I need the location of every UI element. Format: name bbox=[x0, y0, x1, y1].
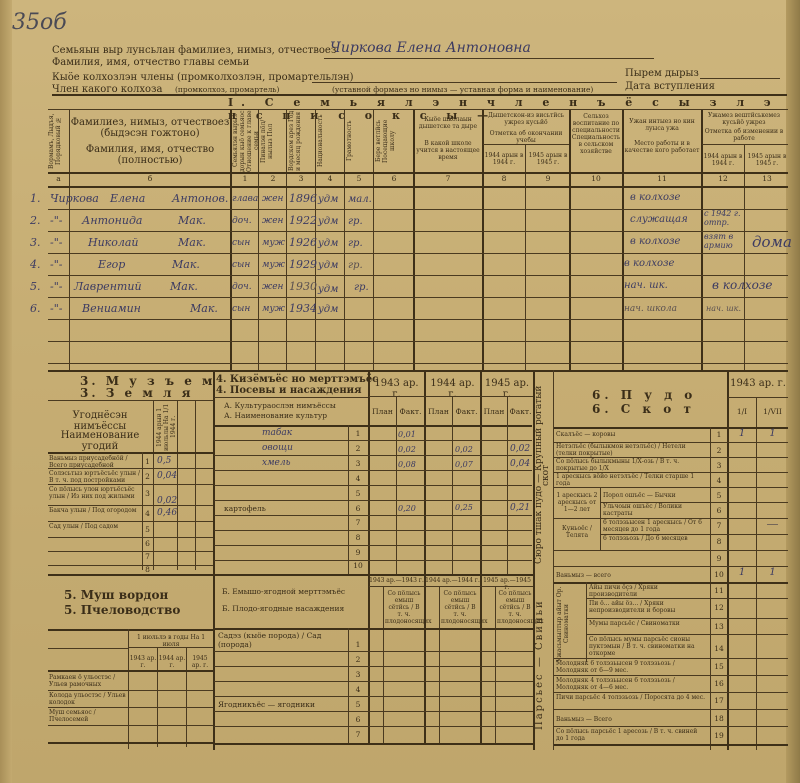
fruit-sub-b: Со пӧлысь емыш сётӥсь / В т. ч. плодонос… bbox=[385, 590, 423, 625]
livestock-row-num: 18 bbox=[711, 715, 727, 724]
livestock-row-label: Пи ӧ... айы ӧз... / Хряки непроизводител… bbox=[589, 600, 707, 614]
fruit-row-label: Ягодникъёс — ягодники bbox=[218, 701, 315, 710]
col-num: 7 bbox=[416, 175, 480, 184]
livestock-val-b: 1 bbox=[757, 567, 788, 578]
fact-label: Факт. bbox=[508, 408, 533, 417]
member-literacy: гр. bbox=[348, 238, 363, 249]
group-calves: Куньоёс / Телята bbox=[556, 525, 598, 539]
col-num: 10 bbox=[571, 175, 621, 184]
member-patronymic: Антонов. bbox=[172, 192, 228, 205]
fact-label: Факт. bbox=[397, 408, 424, 417]
crop-row-num: 10 bbox=[349, 562, 367, 571]
crop-fact-1944: 0,02 bbox=[455, 445, 473, 454]
land-row-num: 4 bbox=[142, 510, 153, 519]
livestock-row-label: Порол ошъёс — Бычки bbox=[603, 492, 708, 499]
col1213-komi: Ужамез вештӥськемез кусьйӧ ужрез bbox=[703, 112, 785, 126]
member-nationality: удм bbox=[318, 304, 338, 315]
livestock-row-label: Мумы парсьёс / Свиноматки bbox=[589, 620, 707, 627]
section6-title-ru: 6. С к о т bbox=[592, 402, 695, 416]
livestock-year: 1943 ар. г. bbox=[728, 378, 788, 389]
member-relation: сын bbox=[232, 238, 250, 248]
crop-row-num: 9 bbox=[349, 549, 367, 558]
crop-row-num: 7 bbox=[349, 519, 367, 528]
land-row-label: Бакча улын / Под огородом bbox=[49, 507, 141, 514]
col-num: 8 bbox=[484, 175, 524, 184]
section3-title-ru: 3. З е м л я bbox=[80, 386, 193, 400]
livestock-row-num: 5 bbox=[711, 492, 727, 501]
group-pigs-label: Ужасьмылтыр айыт Ӧр. Свиноматки bbox=[556, 584, 586, 664]
land-row-label: Солэсьтыз юртъёсъёс улын / В т. ч. под п… bbox=[49, 470, 141, 484]
livestock-row-num: 9 bbox=[711, 555, 727, 564]
col1213-ru: Отметка об изменении в работе bbox=[703, 128, 785, 142]
member-surname: -"- bbox=[50, 280, 63, 293]
member-nationality: удм bbox=[318, 284, 338, 295]
col4-header: Национальность bbox=[317, 110, 343, 172]
fruit-sub-b: Со пӧлысь емыш сётӥсь / В т. ч. плодонос… bbox=[441, 590, 479, 625]
member-work: нач. школа bbox=[624, 304, 677, 314]
member-work: в колхозе bbox=[624, 258, 674, 269]
bee-year-1943: 1943 ар. г. bbox=[129, 655, 157, 669]
member-nationality: удм bbox=[318, 194, 338, 205]
head-value: Чиркова Елена Антоновна bbox=[330, 40, 531, 56]
livestock-row-label: Молодняк 6 толэзьысен 9 толэзьозь / Моло… bbox=[556, 660, 706, 674]
member-literacy: гр. bbox=[348, 260, 363, 271]
archive-number: 35об bbox=[12, 10, 67, 35]
fruit-year-1944: 1944 ар.—1944 г. bbox=[425, 577, 480, 584]
livestock-row-label: Ульчоын ошъёс / Волики кастраты bbox=[603, 503, 708, 517]
livestock-row-label: Ваньмыз — всего bbox=[556, 572, 611, 579]
livestock-row-label: 1 арескысь вӧйо нетэлъёс / Телки старше … bbox=[556, 473, 706, 487]
livestock-row-label: Со пӧлысь мумы парсьёс сионы пуктэмын / … bbox=[589, 636, 707, 657]
kolkhoz-label-komi: Кыӧе колхозлэн члены (промколхозлэн, про… bbox=[52, 72, 354, 83]
crop-row-num: 5 bbox=[349, 490, 367, 499]
livestock-row-label: Пичи парсьёс 4 толэзьозь / Поросята до 4… bbox=[556, 694, 706, 701]
section4b-title-ru: Б. Плодо-ягодные насаждения bbox=[222, 605, 344, 614]
section4-title-ru: 4. Посевы и насаждения bbox=[216, 385, 361, 396]
head-label-ru: Фамилия, имя, отчество главы семьи bbox=[52, 57, 249, 68]
member-relation: доч. bbox=[232, 282, 252, 292]
land-row-label: Сад улын / Под садом bbox=[49, 523, 141, 530]
livestock-row-num: 13 bbox=[711, 623, 727, 632]
livestock-row-num: 16 bbox=[711, 680, 727, 689]
member-relation: доч. bbox=[232, 216, 252, 226]
col89-ru: Отметка об окончании учебы bbox=[484, 130, 568, 144]
crop-row-num: 3 bbox=[349, 460, 367, 469]
member-sex: муж bbox=[262, 260, 285, 270]
member-year: 1922 bbox=[289, 214, 317, 227]
fruit-row-label: Садэз (кыӧе порода) / Сад (порода) bbox=[218, 632, 346, 649]
member-surname: Чиркова bbox=[50, 192, 99, 205]
col9-header: 1945 арын в 1945 г. bbox=[527, 152, 569, 166]
member-name: Елена bbox=[110, 192, 145, 205]
land-row-num: 7 bbox=[142, 553, 153, 562]
livestock-val-b: 1 bbox=[757, 428, 788, 439]
col2-header: Пиналэн пӧл/нылыз Пол bbox=[260, 110, 286, 172]
livestock-row-num: 17 bbox=[711, 697, 727, 706]
col7-komi: Кыӧе школаын дышетске та дыре bbox=[416, 116, 480, 130]
side-label-pigs: Парсьёс — Свиньи bbox=[536, 590, 552, 740]
livestock-col-b: 1/VII bbox=[757, 408, 788, 417]
col-a-header: Вормамъ, Лыдъя, Порядковый № bbox=[48, 110, 69, 172]
col5-header: Грамотность bbox=[346, 110, 372, 172]
member-relation: сын bbox=[232, 304, 250, 314]
col11-komi: Ужан интыез но кин луыса ужа bbox=[624, 118, 700, 132]
member-name: Николай bbox=[88, 236, 139, 249]
section5-title-ru: 5. Пчеловодство bbox=[64, 603, 180, 617]
land-row-label: Ваньмыз приусадебнӧй / Всего приусадебно… bbox=[49, 455, 141, 469]
member-patronymic: Мак. bbox=[170, 280, 198, 293]
livestock-row-num: 15 bbox=[711, 663, 727, 672]
crop-row-num: 1 bbox=[349, 430, 367, 439]
member-sex: жен bbox=[262, 282, 284, 292]
crop-row-num: 8 bbox=[349, 534, 367, 543]
member-work: служащая bbox=[630, 214, 688, 225]
member-patronymic: Мак. bbox=[178, 214, 206, 227]
member-year: 1930 bbox=[289, 280, 317, 293]
fruit-row-num: 6 bbox=[349, 716, 367, 725]
bee-row-label: Рамкаен ӧ ульостэс / Ульев рамочных bbox=[49, 674, 127, 688]
plan-label: План bbox=[481, 408, 507, 417]
fruit-row-num: 5 bbox=[349, 701, 367, 710]
col-num: 6 bbox=[375, 175, 413, 184]
bee-col-group: 1 июльлэ в годы На 1 июля bbox=[130, 634, 212, 648]
livestock-row-label: Со пӧлысь парсьёс 1 аресозь / В т. ч. св… bbox=[556, 728, 706, 742]
row-number: 1. bbox=[30, 192, 41, 205]
page-edge-left bbox=[0, 0, 12, 783]
section4b-title-komi: Б. Емышо-ягодной мерттэмъёс bbox=[222, 588, 345, 597]
livestock-row-num: 11 bbox=[711, 587, 727, 596]
crop-fact-1944: 0,07 bbox=[455, 460, 473, 469]
livestock-row-num: 1 bbox=[711, 431, 727, 440]
crop-fact-1943: 0,20 bbox=[398, 504, 416, 513]
crop-row-num: 6 bbox=[349, 505, 367, 514]
col6-header: Бере ветлӥсь Посещающие школу bbox=[375, 110, 413, 172]
member-change-1944: с 1942 г. отпр. bbox=[704, 209, 744, 227]
col12-header: 1944 арын в 1944 г. bbox=[703, 153, 743, 167]
member-name: Егор bbox=[98, 258, 125, 271]
member-year: 1929 bbox=[289, 258, 317, 271]
fruit-year-1945: 1945 ар.—1945 г. bbox=[481, 577, 533, 591]
col-name-ru: Фамилия, имя, отчество (полностью) bbox=[70, 144, 230, 166]
member-change-1944: нач. шк. bbox=[706, 304, 741, 313]
member-literacy: мал. bbox=[348, 194, 372, 205]
fruit-year-1943: 1943 ар.—1943 г. bbox=[369, 577, 424, 584]
member-year: 1934 bbox=[289, 302, 317, 315]
crop-fact-1945: 0,21 bbox=[510, 503, 530, 513]
fruit-row-num: 2 bbox=[349, 656, 367, 665]
col-name-komi: Фамилиез, нимыз, отчествоез (быдэсэн гож… bbox=[70, 117, 230, 139]
livestock-row-label: 6 толэзьозь / До 6 месяцев bbox=[603, 535, 708, 542]
col-num: а bbox=[48, 175, 69, 184]
land-row-num: 5 bbox=[142, 526, 153, 535]
row-number: 6. bbox=[30, 302, 41, 315]
col-num: 3 bbox=[288, 175, 314, 184]
member-change-1944: взят в армию bbox=[704, 232, 744, 250]
member-patronymic: Мак. bbox=[172, 258, 200, 271]
col3-header: Вордскем арез Год и месяц рождения bbox=[288, 110, 314, 172]
member-surname: -"- bbox=[50, 236, 63, 249]
livestock-row-num: 4 bbox=[711, 477, 727, 486]
member-patronymic: Мак. bbox=[178, 236, 206, 249]
member-change-1945: в колхозе bbox=[712, 278, 772, 292]
livestock-row-label: Айы пичи ӧҫэ / Хряки производители bbox=[589, 584, 707, 598]
land-row-label: Со пӧлысь улон юртъёсъёс улын / Из них п… bbox=[49, 486, 141, 500]
col-num: 2 bbox=[260, 175, 286, 184]
col-num: 9 bbox=[527, 175, 569, 184]
fruit-row-num: 7 bbox=[349, 731, 367, 740]
section4-sub-komi: А. Культураослэн нимъёссы bbox=[224, 402, 336, 411]
member-nationality: удм bbox=[318, 260, 338, 271]
col-num: б bbox=[70, 175, 230, 184]
livestock-row-label: 6 толэзьысен 1 арескысь / От 6 месяцев д… bbox=[603, 519, 708, 533]
livestock-row-num: 6 bbox=[711, 507, 727, 516]
crop-fact-1945: 0,02 bbox=[510, 444, 530, 454]
col13-header: 1945 арын в 1945 г. bbox=[746, 153, 788, 167]
member-sex: жен bbox=[262, 194, 284, 204]
livestock-val-a: 1 bbox=[728, 428, 756, 439]
col10-header: Сельхоз воспитание по специальности Спец… bbox=[571, 113, 621, 155]
side-label-cattle: Сюро тшак пудо — Крупный рогатый скот bbox=[536, 380, 552, 570]
member-surname: -"- bbox=[50, 302, 63, 315]
bee-year-1945: 1945 ар. г. bbox=[187, 655, 213, 669]
livestock-col-a: 1/I bbox=[728, 408, 756, 417]
livestock-row-num: 2 bbox=[711, 447, 727, 456]
section4-sub-ru: А. Наименование культур bbox=[224, 412, 327, 421]
fact-label: Факт. bbox=[453, 408, 480, 417]
livestock-row-num: 7 bbox=[711, 522, 727, 531]
col-num: 1 bbox=[232, 175, 258, 184]
head-label-komi: Семьяын выр лунсьлан фамилиез, нимыз, от… bbox=[52, 45, 336, 56]
crop-row-num: 2 bbox=[349, 445, 367, 454]
land-row-value: 0,46 bbox=[157, 508, 177, 518]
crop-fact-1943: 0,08 bbox=[398, 460, 416, 469]
bee-row-label: Муш семьяос / Пчелосемей bbox=[49, 709, 127, 723]
plan-label: План bbox=[369, 408, 396, 417]
crop-row-num: 4 bbox=[349, 475, 367, 484]
member-nationality: удм bbox=[318, 238, 338, 249]
member-sex: жен bbox=[262, 216, 284, 226]
member-surname: -"- bbox=[50, 258, 63, 271]
plan-label: План bbox=[425, 408, 452, 417]
livestock-row-label: Ваньмыз — Всего bbox=[556, 716, 612, 723]
col-num: 12 bbox=[703, 175, 743, 184]
livestock-row-num: 10 bbox=[711, 571, 727, 580]
row-number: 5. bbox=[30, 280, 41, 293]
land-col-label-komi: Угоднёсэн нимъёссы bbox=[50, 410, 150, 432]
member-patronymic: Мак. bbox=[190, 302, 218, 315]
land-row-num: 3 bbox=[142, 490, 153, 499]
crop-name: овощи bbox=[262, 443, 293, 453]
fruit-row-num: 1 bbox=[349, 641, 367, 650]
livestock-row-label: Нетэлъёс (былыкмон нетэлъёс) / Нетели (т… bbox=[556, 443, 706, 457]
fruit-row-num: 4 bbox=[349, 686, 367, 695]
land-row-num: 1 bbox=[142, 458, 153, 467]
col-num: 4 bbox=[317, 175, 343, 184]
section6-title-komi: 6. П у д о bbox=[592, 388, 696, 402]
member-sex: муж bbox=[262, 304, 285, 314]
col89-komi: Дышетскон-из висьтӥсь ужрез кусьйӧ bbox=[484, 112, 568, 126]
crop-name: табак bbox=[262, 428, 292, 438]
member-change-1945: дома bbox=[752, 233, 792, 251]
land-row-value: 0,5 bbox=[157, 456, 171, 466]
crop-fact-1945: 0,04 bbox=[510, 459, 530, 469]
member-work: нач. шк. bbox=[624, 280, 668, 291]
entry-label-ru: Дата вступления bbox=[625, 81, 715, 92]
member-sex: муж bbox=[262, 238, 285, 248]
col11-ru: Место работы и в качестве кого работает bbox=[624, 140, 700, 154]
fruit-sub-b: Со пӧлысь емыш сётӥсь / В т. ч. плодонос… bbox=[497, 590, 533, 625]
bee-year-1944: 1944 ар. г. bbox=[158, 655, 186, 669]
member-relation: глава bbox=[232, 194, 258, 204]
row-number: 3. bbox=[30, 236, 41, 249]
group-cows-age: 1 арескысь 2 арескысь от 1—2 лет bbox=[556, 492, 598, 513]
member-year: 1896 bbox=[289, 192, 317, 205]
member-relation: сын bbox=[232, 260, 250, 270]
crop-fact-1943: 0,01 bbox=[398, 430, 416, 439]
livestock-row-label: Скалъёс — коровы bbox=[556, 431, 615, 438]
crop-name: картофель bbox=[224, 505, 266, 514]
crop-name: хмель bbox=[262, 458, 291, 468]
member-nationality: удм bbox=[318, 216, 338, 227]
col-num: 11 bbox=[624, 175, 700, 184]
member-work: в колхозе bbox=[630, 192, 680, 203]
livestock-row-num: 3 bbox=[711, 462, 727, 471]
livestock-val-b: — bbox=[757, 517, 788, 531]
livestock-row-num: 14 bbox=[711, 645, 727, 654]
col-num: 5 bbox=[346, 175, 372, 184]
land-col-label-ru: Наименование угодий bbox=[50, 430, 150, 452]
land-row-num: 6 bbox=[142, 540, 153, 549]
member-year: 1926 bbox=[289, 236, 317, 249]
livestock-row-num: 8 bbox=[711, 538, 727, 547]
member-literacy: гр. bbox=[348, 216, 363, 227]
fruit-row-num: 3 bbox=[349, 671, 367, 680]
crop-fact-1944: 0,25 bbox=[455, 503, 473, 512]
land-date-header: 1944 арын 1 июльлы На 1/1 1944 г. bbox=[156, 402, 176, 452]
entry-label-komi: Пырем дырыз bbox=[625, 68, 699, 79]
livestock-row-label: Со пӧлысь былыкмыны 1/Х-озь / В т. ч. по… bbox=[556, 458, 706, 472]
livestock-row-num: 12 bbox=[711, 604, 727, 613]
document-page: 35об Семьяын выр лунсьлан фамилиез, нимы… bbox=[0, 0, 800, 783]
col1-header: Семьялэн вырыз дорын кыӧ семьяос Отношен… bbox=[232, 110, 258, 172]
member-name: Лаврентий bbox=[74, 280, 142, 293]
livestock-row-num: 19 bbox=[711, 732, 727, 741]
member-work: в колхозе bbox=[630, 236, 680, 247]
section4-title-komi: 4. Кизёмъёс но мерттэмъёс bbox=[216, 374, 378, 385]
livestock-val-a: 1 bbox=[728, 567, 756, 578]
land-row-num: 2 bbox=[142, 473, 153, 482]
col-num: 13 bbox=[746, 175, 788, 184]
member-name: Антонида bbox=[82, 214, 143, 227]
col7-ru: В какой школе учится в настоящее время bbox=[416, 140, 480, 161]
livestock-row-label: Молодняк 4 толэзьысен 6 толэзьозь / Моло… bbox=[556, 677, 706, 691]
section5-title-komi: 5. Муш вордон bbox=[64, 588, 168, 602]
row-number: 4. bbox=[30, 258, 41, 271]
land-row-value: 0,04 bbox=[157, 471, 177, 481]
member-name: Вениамин bbox=[82, 302, 141, 315]
crop-fact-1943: 0,02 bbox=[398, 445, 416, 454]
member-surname: -"- bbox=[50, 214, 63, 227]
col8-header: 1944 арын в 1944 г. bbox=[484, 152, 524, 166]
member-literacy: гр. bbox=[354, 282, 369, 293]
bee-row-label: Колода ульостэс / Ульев колодок bbox=[49, 692, 127, 706]
row-number: 2. bbox=[30, 214, 41, 227]
